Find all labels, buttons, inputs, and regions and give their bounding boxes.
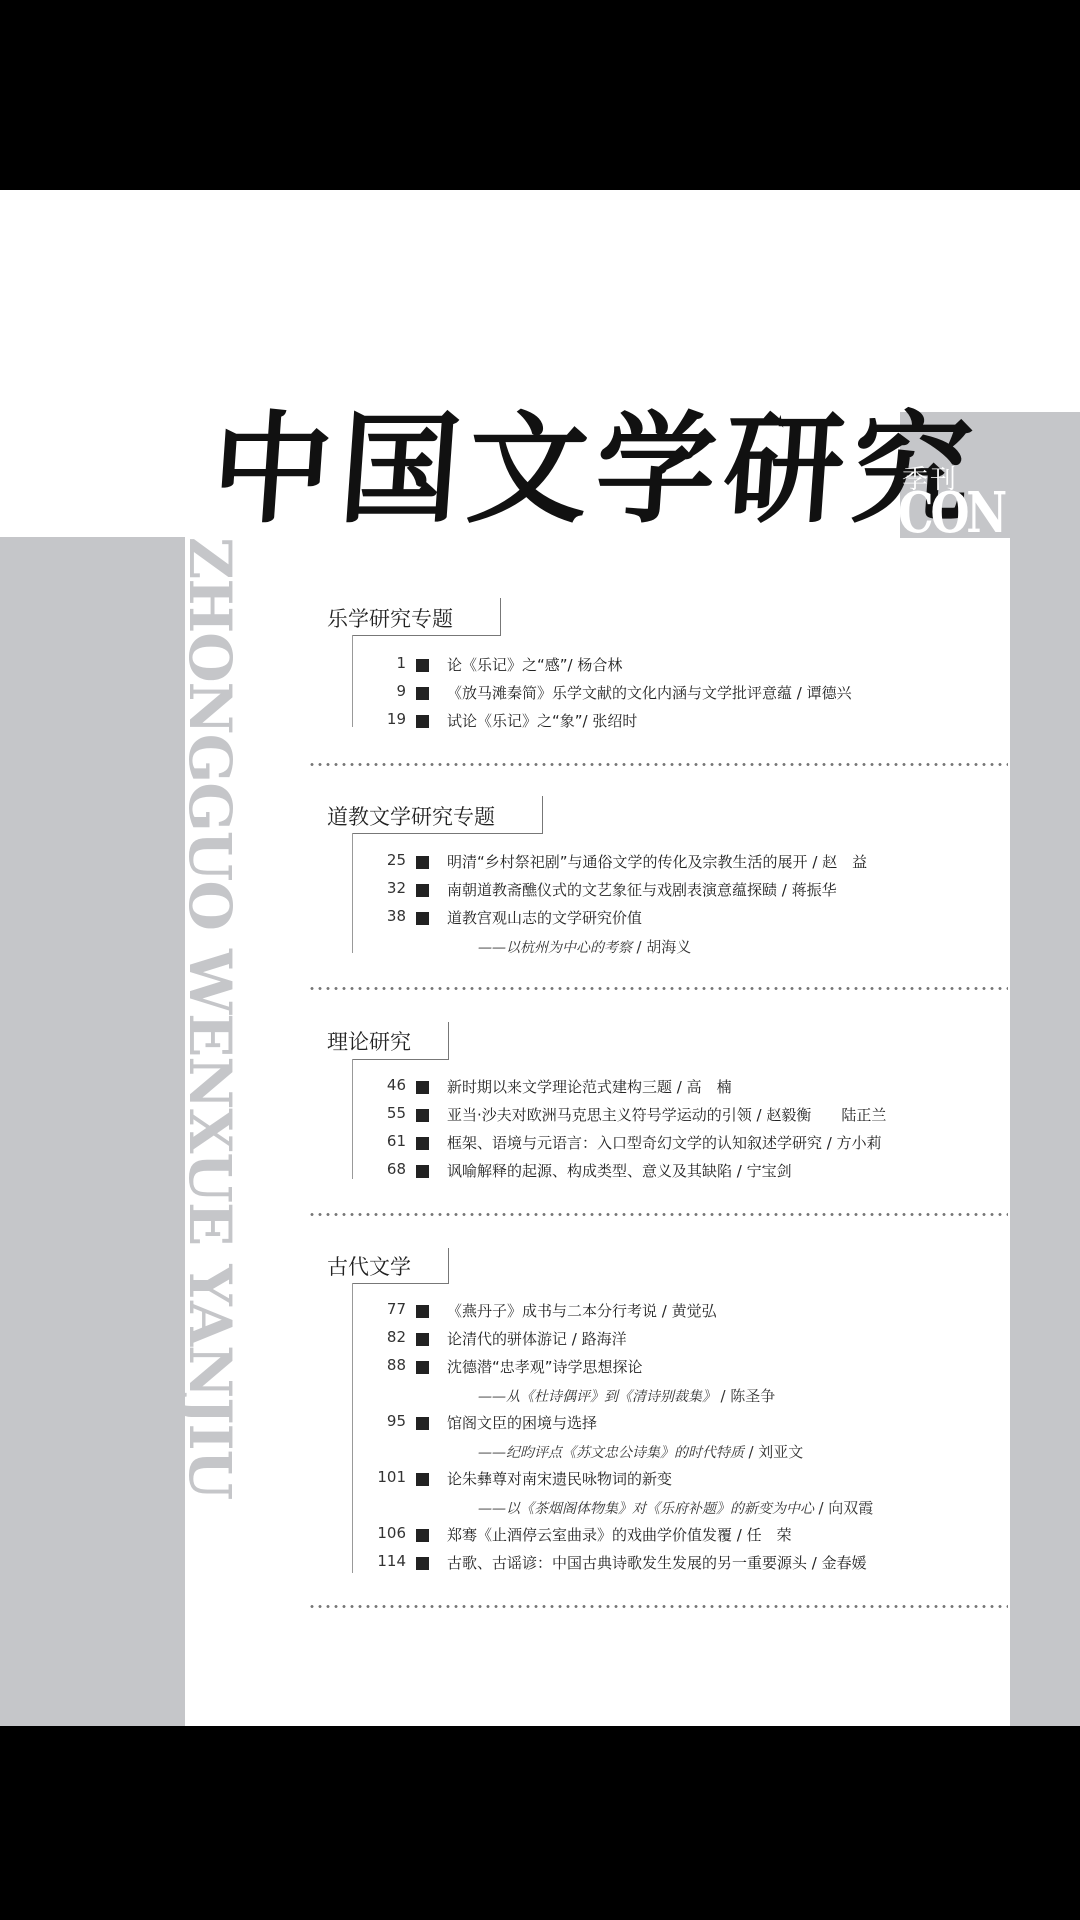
article-title: 郑骞《止酒停云室曲录》的戏曲学价值发覆 / 任 荣 <box>447 1524 792 1545</box>
article-author: / 胡海义 <box>636 938 691 956</box>
square-bullet-icon <box>416 912 429 925</box>
bracket-line <box>542 796 543 834</box>
section-heading: 道教文学研究专题 <box>327 801 495 831</box>
square-bullet-icon <box>416 1557 429 1570</box>
section-heading: 乐学研究专题 <box>327 603 453 633</box>
dotted-divider <box>308 1213 1008 1216</box>
bracket-line <box>448 1248 449 1284</box>
square-bullet-icon <box>416 1305 429 1318</box>
square-bullet-icon <box>416 1417 429 1430</box>
page-number: 101 <box>360 1468 406 1486</box>
square-bullet-icon <box>416 715 429 728</box>
bracket-line <box>352 1059 353 1179</box>
article-title: 论朱彝尊对南宋遗民咏物词的新变 <box>447 1468 672 1489</box>
square-bullet-icon <box>416 1333 429 1346</box>
square-bullet-icon <box>416 1529 429 1542</box>
page-number: 55 <box>360 1104 406 1122</box>
article-author: / 陈圣争 <box>720 1387 775 1405</box>
vertical-pinyin-text: ZHONGGUO WENXUE YANJIU <box>185 537 235 1499</box>
article-subtitle: ——纪昀评点《苏文忠公诗集》的时代特质 / 刘亚文 <box>478 1441 803 1462</box>
article-author: / 刘亚文 <box>748 1443 803 1461</box>
bracket-line <box>352 833 543 834</box>
bracket-line <box>352 1283 353 1573</box>
page-number: 88 <box>360 1356 406 1374</box>
page-number: 61 <box>360 1132 406 1150</box>
bracket-line <box>500 598 501 636</box>
square-bullet-icon <box>416 1361 429 1374</box>
page-number: 82 <box>360 1328 406 1346</box>
subtitle-text: ——以杭州为中心的考察 <box>478 940 632 956</box>
article-title: 《放马滩秦简》乐学文献的文化内涵与文学批评意蕴 / 谭德兴 <box>447 682 852 703</box>
subtitle-text: ——从《杜诗偶评》到《清诗别裁集》 <box>478 1389 716 1405</box>
square-bullet-icon <box>416 659 429 672</box>
square-bullet-icon <box>416 1473 429 1486</box>
page-number: 46 <box>360 1076 406 1094</box>
page-number: 19 <box>360 710 406 728</box>
square-bullet-icon <box>416 687 429 700</box>
bracket-line <box>352 635 501 636</box>
page-number: 38 <box>360 907 406 925</box>
vertical-pinyin-banner: ZHONGGUO WENXUE YANJIU <box>185 537 235 1697</box>
article-title: 框架、语境与元语言：入口型奇幻文学的认知叙述学研究 / 方小莉 <box>447 1132 882 1153</box>
section-heading: 理论研究 <box>327 1026 411 1056</box>
article-subtitle: ——从《杜诗偶评》到《清诗别裁集》 / 陈圣争 <box>478 1385 775 1406</box>
square-bullet-icon <box>416 884 429 897</box>
article-title: 《燕丹子》成书与二本分行考说 / 黄觉弘 <box>447 1300 717 1321</box>
article-title: 南朝道教斋醮仪式的文艺象征与戏剧表演意蕴探赜 / 蒋振华 <box>447 879 837 900</box>
left-gray-band <box>0 537 185 1726</box>
article-title: 馆阁文臣的困境与选择 <box>447 1412 597 1433</box>
article-author: / 向双霞 <box>818 1499 873 1517</box>
page-number: 77 <box>360 1300 406 1318</box>
square-bullet-icon <box>416 856 429 869</box>
contents-label: CON <box>898 488 1004 538</box>
bracket-line <box>352 833 353 953</box>
page-number: 9 <box>360 682 406 700</box>
dotted-divider <box>308 1605 1008 1608</box>
page-number: 1 <box>360 654 406 672</box>
subtitle-text: ——以《茶烟阁体物集》对《乐府补题》的新变为中心 <box>478 1501 814 1517</box>
dotted-divider <box>308 763 1008 766</box>
article-subtitle: ——以杭州为中心的考察 / 胡海义 <box>478 936 691 957</box>
article-title: 试论《乐记》之“象”/ 张绍时 <box>447 710 637 731</box>
bracket-line <box>448 1022 449 1060</box>
page-number: 25 <box>360 851 406 869</box>
right-gray-band <box>1010 412 1080 1726</box>
bracket-line <box>352 1283 449 1284</box>
article-title: 明清“乡村祭祀剧”与通俗文学的传化及宗教生活的展开 / 赵 益 <box>447 851 867 872</box>
bracket-line <box>352 1059 449 1060</box>
article-title: 道教宫观山志的文学研究价值 <box>447 907 642 928</box>
article-title: 新时期以来文学理论范式建构三题 / 高 楠 <box>447 1076 732 1097</box>
square-bullet-icon <box>416 1165 429 1178</box>
square-bullet-icon <box>416 1081 429 1094</box>
page-number: 106 <box>360 1524 406 1542</box>
article-title: 论《乐记》之“感”/ 杨合林 <box>447 654 622 675</box>
page-number: 32 <box>360 879 406 897</box>
bracket-line <box>352 635 353 727</box>
page-number: 68 <box>360 1160 406 1178</box>
page-number: 95 <box>360 1412 406 1430</box>
article-title: 沈德潜“忠孝观”诗学思想探论 <box>447 1356 643 1377</box>
page-number: 114 <box>360 1552 406 1570</box>
article-title: 论清代的骈体游记 / 路海洋 <box>447 1328 627 1349</box>
article-title: 讽喻解释的起源、构成类型、意义及其缺陷 / 宁宝剑 <box>447 1160 792 1181</box>
article-title: 亚当·沙夫对欧洲马克思主义符号学运动的引领 / 赵毅衡 陆正兰 <box>447 1104 886 1125</box>
square-bullet-icon <box>416 1109 429 1122</box>
journal-title: 中国文学研究 <box>207 400 985 540</box>
article-title: 古歌、古谣谚：中国古典诗歌发生发展的另一重要源头 / 金春媛 <box>447 1552 867 1573</box>
subtitle-text: ——纪昀评点《苏文忠公诗集》的时代特质 <box>478 1445 744 1461</box>
section-heading: 古代文学 <box>327 1251 411 1281</box>
article-subtitle: ——以《茶烟阁体物集》对《乐府补题》的新变为中心 / 向双霞 <box>478 1497 873 1518</box>
dotted-divider <box>308 987 1008 990</box>
square-bullet-icon <box>416 1137 429 1150</box>
